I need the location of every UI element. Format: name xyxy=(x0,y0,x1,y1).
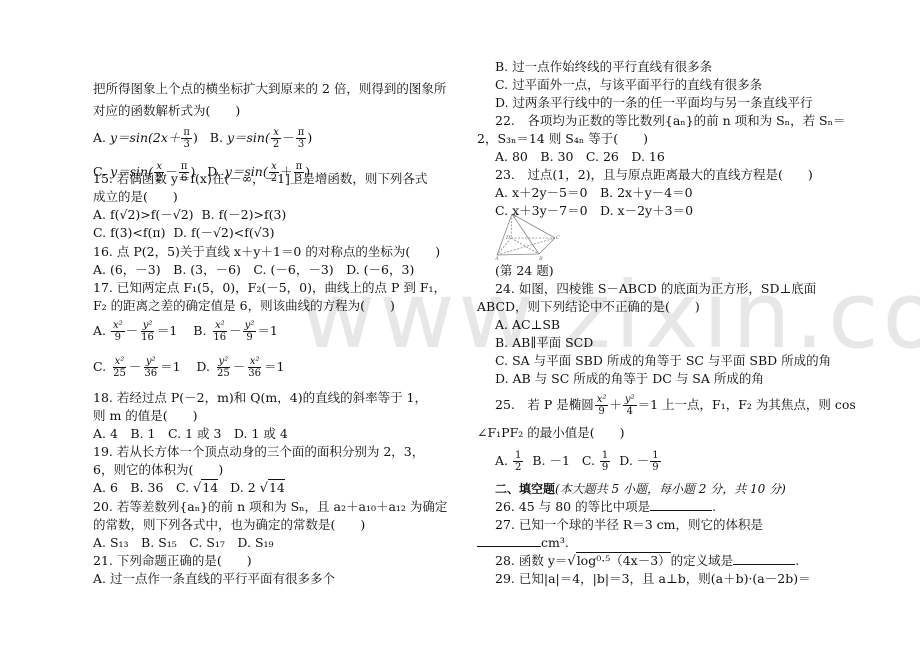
q15-line2: 成立的是( ) xyxy=(93,188,178,206)
exam-page: www.zixin.com.cn 把所得图象上个点的横坐标扩大到原来的 2 倍，… xyxy=(0,0,920,651)
q22-line2: 2，S₃ₙ＝14 则 S₄ₙ 等于( ) xyxy=(477,130,648,148)
q21-option-b: B. 过一点作始终线的平行直线有很多条 xyxy=(495,58,712,76)
q18-options: A. 4 B. 1 C. 1 或 3 D. 1 或 4 xyxy=(93,425,288,443)
answer-blank[interactable] xyxy=(477,534,541,547)
svg-text:C: C xyxy=(556,235,560,241)
q22-options: A. 80 B. 30 C. 26 D. 16 xyxy=(495,148,665,166)
q24-option-b: B. AB∥平面 SCD xyxy=(495,334,593,352)
fraction: π3 xyxy=(181,127,192,150)
q22-line1: 22. 各项均为正数的等比数列{aₙ}的前 n 项和为 Sₙ，若 Sₙ＝ xyxy=(495,112,846,130)
q21-option-c: C. 过平面外一点，与该平面平行的直线有很多条 xyxy=(495,76,762,94)
q29: 29. 已知|a|＝4，|b|＝3，且 a⊥b，则(a＋b)·(a－2b)＝ xyxy=(495,570,811,588)
q16-options: A. (6，－3) B. (3，－6) C. (－6，－3) D. (－6，3) xyxy=(93,261,414,279)
q15-options-cd: C. f(3)<f(π) D. f(－√2)<f(√3) xyxy=(93,224,275,242)
section-title: 二、填空题 xyxy=(495,482,555,496)
q24-line2: ABCD，则下列结论中不正确的是( ) xyxy=(477,298,700,316)
q24-option-a: A. AC⊥SB xyxy=(495,316,560,334)
q25-line2: ∠F₁PF₂ 的最小值是( ) xyxy=(477,424,624,442)
q28: 28. 函数 y＝√log⁰·⁵（4x－3）的定义域是. xyxy=(495,552,799,570)
q20-options: A. S₁₃ B. S₁₅ C. S₁₇ D. S₁₉ xyxy=(93,534,274,552)
q18-line1: 18. 若经过点 P(－2，m)和 Q(m，4)的直线的斜率等于 1， xyxy=(93,389,427,407)
section-note: (本大题共 5 小题，每小题 2 分，共 10 分) xyxy=(555,482,786,496)
answer-blank[interactable] xyxy=(650,498,712,511)
q17-options-ab: A. x²9－y²16＝1 B. x²16－y²9＝1 xyxy=(93,316,278,346)
q20-line1: 20. 若等差数列{aₙ}的前 n 项和为 Sₙ，且 a₂＋a₁₀＋a₁₂ 为确… xyxy=(93,498,447,516)
q18-line2: 则 m 的值是( ) xyxy=(93,407,198,425)
answer-blank[interactable] xyxy=(733,552,795,565)
q21-option-a: A. 过一点作一条直线的平行平面有很多多个 xyxy=(93,570,335,588)
q15-options-ab: A. f(√2)>f(－√2) B. f(－2)>f(3) xyxy=(93,206,286,224)
q19-line1: 19. 若从长方体一个顶点动身的三个面的面积分别为 2，3， xyxy=(93,443,424,461)
q23-line1: 23. 过点(1，2)，且与原点距离最大的直线方程是( ) xyxy=(495,166,813,184)
q19-line2: 6，则它的体积为( ) xyxy=(93,461,223,479)
q24-option-d: D. AB 与 SC 所成的角等于 DC 与 SA 所成的角 xyxy=(495,370,764,388)
q21-option-d: D. 过两条平行线中的一条的任一平面均与另一条直线平行 xyxy=(495,94,813,112)
q17-line2: F₂ 的距离之差的确定值是 6，则该曲线的方程为( ) xyxy=(93,297,395,315)
q17-options-cd: C. x²25－y²36＝1 D. y²25－x²36＝1 xyxy=(93,352,284,382)
q26: 26. 45 与 80 的等比中项是. xyxy=(495,498,716,516)
q24-line1: 24. 如图，四棱锥 S－ABCD 的底面为正方形，SD⊥底面 xyxy=(495,280,816,298)
q27-line1: 27. 已知一个球的半径 R＝3 cm，则它的体积是 xyxy=(495,516,763,534)
q23-options-cd: C. x＋3y－7＝0 D. x－2y＋3＝0 xyxy=(495,202,693,220)
q24-option-c: C. SA 与平面 SBD 所成的角等于 SC 与平面 SBD 所成的角 xyxy=(495,352,831,370)
q17-line1: 17. 已知两定点 F₁(5，0)，F₂(－5，0)，曲线上的点 P 到 F₁， xyxy=(93,279,446,297)
q23-options-ab: A. x＋2y－5＝0 B. 2x＋y－4＝0 xyxy=(495,184,693,202)
q14-line2: 对应的函数解析式为( ) xyxy=(93,102,240,120)
q25-line1: 25. 若 P 是椭圆x²9＋y²4＝1 上一点，F₁，F₂ 为其焦点，则 co… xyxy=(495,390,856,420)
q14-line1: 把所得图象上个点的横坐标扩大到原来的 2 倍，则得到的图象所 xyxy=(93,80,446,98)
q27-line2: cm³. xyxy=(477,534,569,552)
q14-options-ab: A. y＝sin(2x＋π3) B. y＝sin(x2－π3) xyxy=(93,124,312,152)
q15-line1: 15. 若偶函数 y＝f(x)在(－∞，－1]上是增函数，则下列各式 xyxy=(93,170,427,188)
q19-options: A. 6 B. 36 C. √14 D. 2 √14 xyxy=(93,479,285,497)
figure-caption: (第 24 题) xyxy=(495,262,554,280)
q25-options: A. 12 B. －1 C. 19 D. －19 xyxy=(495,446,662,476)
q20-line2: 的常数，则下列各式中，也为确定的常数是( ) xyxy=(93,516,365,534)
q16-line1: 16. 点 P(2，5)关于直线 x＋y＋1＝0 的对称点的坐标为( ) xyxy=(93,243,440,261)
svg-text:D: D xyxy=(505,235,510,241)
section-2-heading: 二、填空题(本大题共 5 小题，每小题 2 分，共 10 分) xyxy=(495,480,786,498)
q21-line1: 21. 下列命题正确的是( ) xyxy=(93,552,252,570)
